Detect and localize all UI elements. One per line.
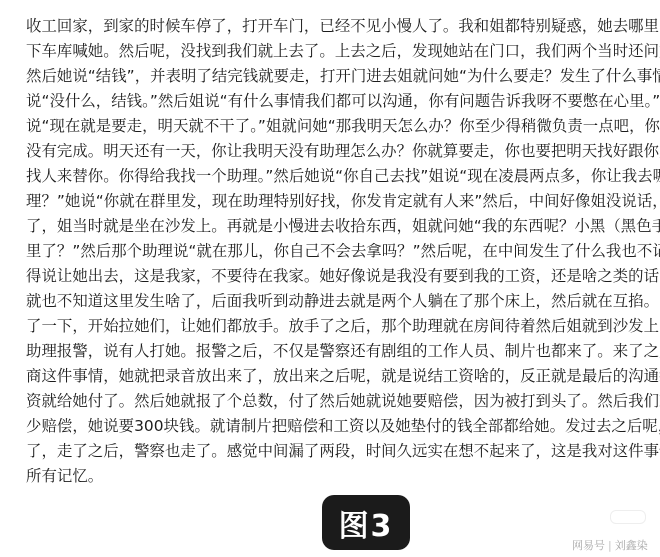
watermark-source: 网易号 — [572, 539, 605, 552]
text-line: 商这件事情，她就把录音放出来了，放出来之后呢，就是说结工资啥的，反正就是最后的沟… — [26, 364, 636, 389]
watermark: 网易号|刘鑫染 — [572, 537, 648, 553]
text-line: 没有完成。明天还有一天，你让我明天没有助理怎么办？你就算要走，你也要把明天找好跟… — [26, 139, 636, 164]
text-line: 然后她说“结钱”，并表明了结完钱就要走，打开门进去姐就问她“为什么要走？发生了什… — [26, 64, 636, 89]
text-line: 说“现在就是要走，明天就不干了。”姐就问她“那我明天怎么办？你至少得稍微负责一点… — [26, 114, 636, 139]
text-line: 理？”她说“你就在群里发，现在助理特别好找，你发肯定就有人来”然后，中间好像姐没… — [26, 189, 636, 214]
text-line: 助理报警，说有人打她。报警之后，不仅是警察还有剧组的工作人员、制片也都来了。来了… — [26, 339, 636, 364]
text-line: 了一下，开始拉她们，让她们都放手。放手了之后，那个助理就在房间待着然后姐就到沙发… — [26, 314, 636, 339]
text-line: 说“没什么，结钱。”然后姐说“有什么事情我们都可以沟通，你有问题告诉我呀不要憋在… — [26, 89, 636, 114]
text-line: 资就给她付了。然后她就报了个总数，付了然后她就说她要赔偿，因为被打到头了。然后我… — [26, 389, 636, 414]
text-line: 所有记忆。 — [26, 464, 636, 489]
text-line: 找人来替你。你得给我找一个助理。”然后她说“你自己去找”姐说“现在凌晨两点多，你… — [26, 164, 636, 189]
text-line: 下车库喊她。然后呢，没找到我们就上去了。上去之后，发现她站在门口，我们两个当时还… — [26, 39, 636, 64]
text-line: 了，走了之后，警察也走了。感觉中间漏了两段，时间久远实在想不起来了，这是我对这件… — [26, 439, 636, 464]
text-line: 了，姐当时就是坐在沙发上。再就是小慢进去收拾东西，姐就问她“我的东西呢？小黑（黑… — [26, 214, 636, 239]
document-body: 收工回家，到家的时候车停了，打开车门，已经不见小慢人了。我和姐都特别疑惑，她去哪… — [26, 14, 636, 489]
text-line: 里了？”然后那个助理说“就在那儿，你自己不会去拿吗？”然后呢，在中间发生了什么我… — [26, 239, 636, 264]
text-line: 收工回家，到家的时候车停了，打开车门，已经不见小慢人了。我和姐都特别疑惑，她去哪… — [26, 14, 636, 39]
watermark-logo-faint — [610, 510, 646, 524]
text-line: 就也不知道这里发生啥了，后面我听到动静进去就是两个人躺在了那个床上，然后就在互掐… — [26, 289, 636, 314]
text-line: 少赔偿，她说要300块钱。就请制片把赔偿和工资以及她垫付的钱全部都给她。发过去之… — [26, 414, 636, 439]
text-line: 得说让她出去，这是我家，不要待在我家。她好像说是我没有要到我的工资，还是啥之类的… — [26, 264, 636, 289]
figure-label-badge: 图3 — [322, 495, 410, 550]
watermark-separator: | — [608, 539, 612, 552]
watermark-author: 刘鑫染 — [615, 539, 648, 552]
